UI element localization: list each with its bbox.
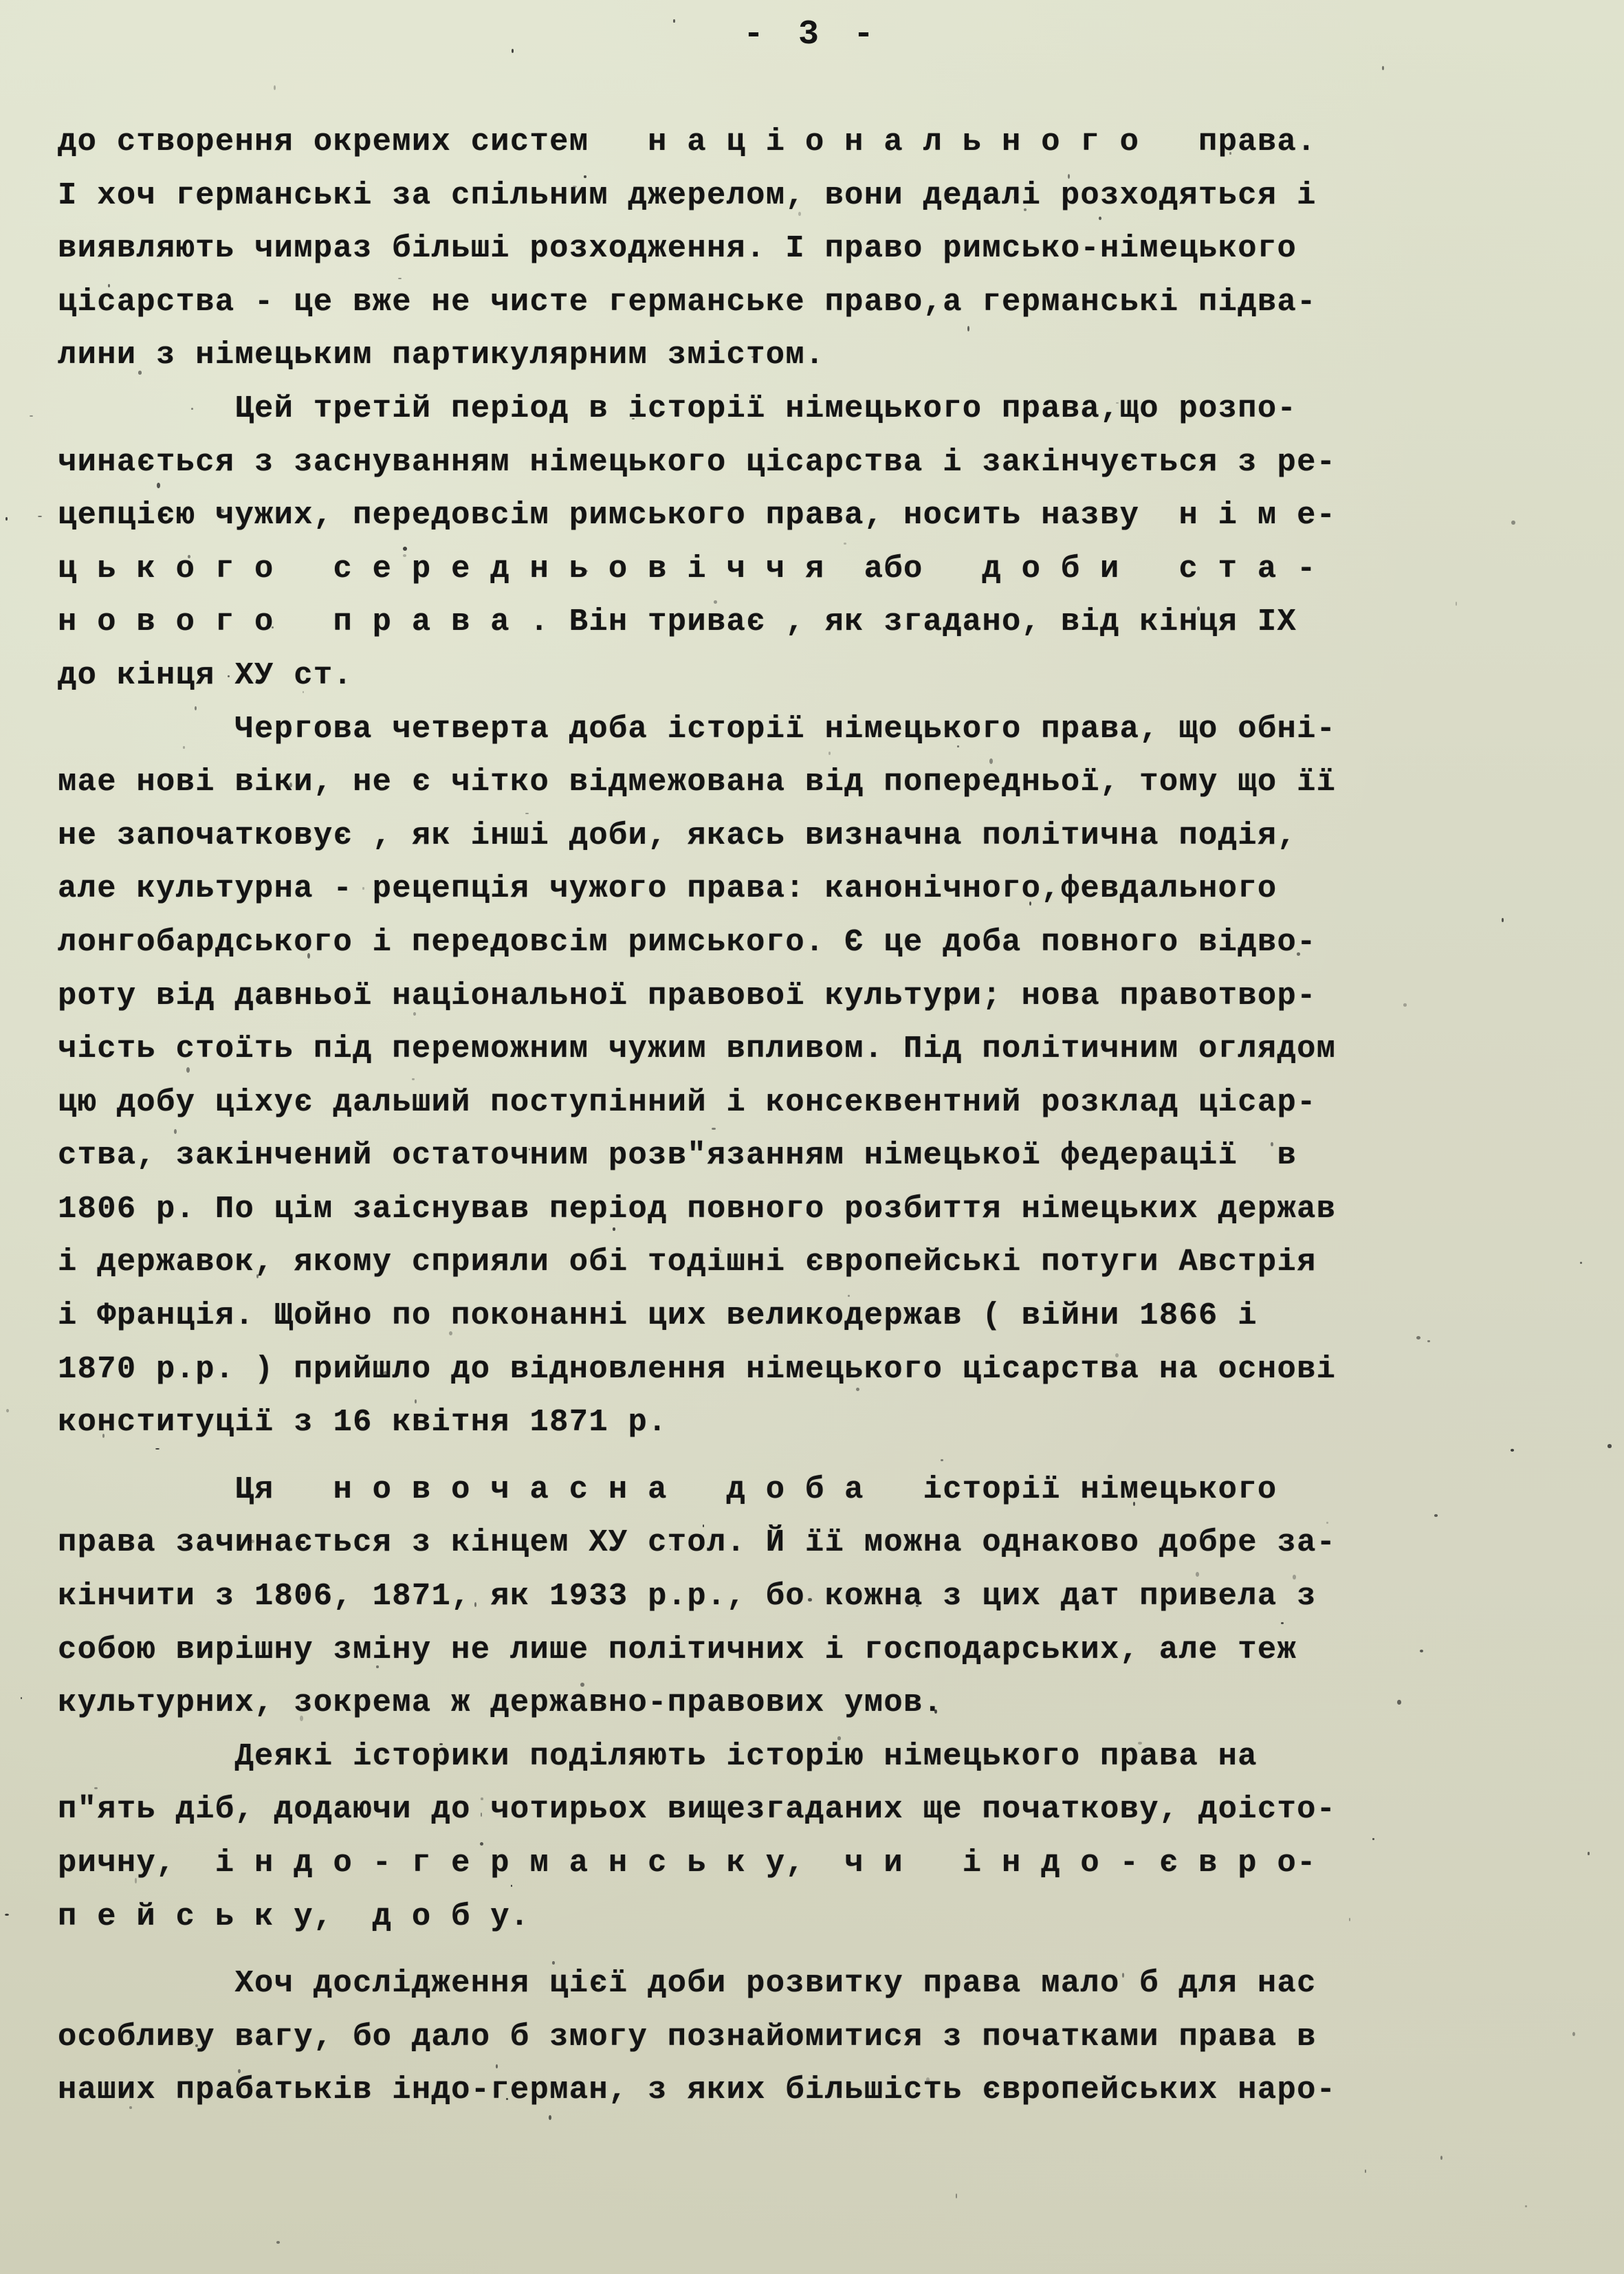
speck [808, 1598, 812, 1601]
speck [21, 1697, 22, 1699]
speck [580, 1683, 584, 1687]
speck [191, 408, 193, 410]
speck [307, 953, 310, 959]
speck [1502, 918, 1503, 923]
speck [274, 85, 276, 90]
speck [1138, 1742, 1141, 1745]
speck [84, 839, 88, 843]
speck [837, 1736, 842, 1740]
speck [956, 2194, 958, 2198]
speck [30, 415, 33, 417]
text-line: чинається з заснуванням німецького цісар… [58, 436, 1577, 490]
speck [1293, 1575, 1296, 1579]
text-line: ства, закінчений остаточним розв"язанням… [58, 1129, 1577, 1183]
paragraph-start: Чергова четверта доба історії німецького… [58, 703, 1577, 756]
speck [238, 2069, 241, 2073]
speck [300, 1716, 303, 1721]
speck [174, 1129, 177, 1134]
speck [1588, 1852, 1590, 1855]
text-line: 1806 р. По цім заіснував період повного … [58, 1183, 1577, 1236]
speck [1229, 152, 1231, 155]
text-line: ричну, і н д о - г е р м а н с ь к у, ч … [58, 1837, 1577, 1890]
speck [1326, 1522, 1328, 1524]
speck [957, 745, 959, 747]
text-line: собою вирішну зміну не лише політичних і… [58, 1623, 1577, 1677]
text-line: але культурна - рецепція чужого права: к… [58, 862, 1577, 916]
speck [474, 1602, 476, 1607]
text-line: виявляють чимраз більші розходження. І п… [58, 222, 1577, 276]
speck [934, 1709, 936, 1714]
speck [135, 1878, 137, 1883]
speck [1068, 174, 1070, 179]
text-line: н о в о г о п р а в а . Він триває , як … [58, 595, 1577, 649]
speck [1126, 458, 1128, 463]
text-line: мае нові віки, не є чітко відмежована ві… [58, 756, 1577, 809]
speck [384, 1371, 388, 1375]
speck [703, 1524, 704, 1527]
speck [129, 2106, 131, 2109]
speck [1372, 1838, 1374, 1840]
speck [6, 1409, 9, 1412]
speck [1511, 521, 1515, 525]
speck [183, 746, 185, 749]
speck [376, 1665, 378, 1668]
speck [480, 1842, 483, 1846]
text-line: 1870 р.р. ) прийшло до відновлення німец… [58, 1343, 1577, 1397]
text-line: цю добу ціхує дальший поступінний і конс… [58, 1076, 1577, 1130]
speck [108, 284, 110, 287]
paragraph-start: Хоч дослідження цієї доби розвитку права… [58, 1957, 1577, 2011]
speck [195, 706, 197, 710]
speck [549, 2115, 551, 2119]
speck [1607, 1444, 1612, 1447]
text-line: цепцією чужих, передовсім римського прав… [58, 489, 1577, 543]
speck [673, 19, 674, 23]
paragraph-start: Ця н о в о ч а с н а д о б а історії нім… [58, 1463, 1577, 1517]
speck [5, 1914, 8, 1916]
text-line: п"ять діб, додаючи до чотирьох вищезгада… [58, 1783, 1577, 1837]
speck [398, 278, 402, 279]
text-line: лини з німецьким партикулярним змістом. [58, 329, 1577, 382]
speck [439, 1743, 443, 1745]
speck [952, 1003, 953, 1006]
speck [798, 212, 801, 216]
text-line: роту від давньої національної правової к… [58, 970, 1577, 1023]
speck [102, 1434, 105, 1438]
text-line: ц ь к о г о с е р е д н ь о в і ч ч я аб… [58, 543, 1577, 596]
speck [1440, 2156, 1442, 2160]
paragraph-start: Деякі історики поділяють історію німецьк… [58, 1730, 1577, 1784]
text-line: до створення окремих систем н а ц і о н … [58, 116, 1577, 169]
paragraph-start: Цей третій період в історії німецького п… [58, 382, 1577, 436]
speck [1382, 66, 1384, 70]
speck [1416, 1336, 1420, 1340]
speck [1271, 1142, 1273, 1147]
speck [1197, 606, 1200, 611]
speck [512, 49, 514, 52]
speck [289, 783, 292, 787]
text-line: цісарства - це вже не чисте германське п… [58, 276, 1577, 329]
speck [573, 186, 577, 188]
speck [552, 1961, 554, 1965]
speck [1580, 1262, 1583, 1263]
text-line: не започатковує , як інші доби, якась ви… [58, 809, 1577, 863]
speck [481, 1797, 483, 1800]
document-body: до створення окремих систем н а ц і о н … [58, 116, 1577, 2117]
page-number: - 3 - [0, 15, 1624, 54]
speck [413, 1012, 416, 1016]
speck [1434, 1514, 1438, 1517]
text-line: і Франція. Щойно по поконанні цих велико… [58, 1289, 1577, 1343]
text-line: культурних, зокрема ж державно-правових … [58, 1676, 1577, 1730]
text-line: чість стоїть під переможним чужим впливо… [58, 1023, 1577, 1076]
speck [201, 888, 204, 891]
speck [6, 517, 8, 521]
speck [720, 1249, 721, 1253]
speck [38, 516, 42, 517]
speck [276, 2241, 280, 2244]
speck [844, 543, 846, 545]
speck [403, 547, 407, 551]
speck [941, 1459, 943, 1461]
speck [1133, 1502, 1135, 1506]
text-line: права зачинається з кінцем ХУ стол. Й її… [58, 1516, 1577, 1570]
speck [403, 554, 407, 557]
speck [157, 483, 160, 488]
speck [714, 600, 717, 604]
speck [916, 1605, 919, 1606]
speck [1365, 2169, 1366, 2174]
speck [1029, 901, 1031, 906]
speck [529, 1148, 530, 1150]
speck [1068, 1987, 1070, 1990]
speck [1297, 952, 1300, 956]
text-line: особливу вагу, бо дало б змогу познайоми… [58, 2011, 1577, 2064]
text-line: і державок, якому сприяли обі тодішні єв… [58, 1236, 1577, 1289]
speck [259, 2092, 261, 2095]
speck [412, 1078, 415, 1080]
text-line: кінчити з 1806, 1871, як 1933 р.р., бо к… [58, 1570, 1577, 1623]
text-line: І хоч германські за спільним джерелом, в… [58, 169, 1577, 223]
text-line: наших прабатьків індо-герман, з яких біл… [58, 2064, 1577, 2117]
speck [362, 887, 364, 890]
speck [613, 2097, 615, 2099]
speck [1525, 2205, 1527, 2207]
speck [926, 2077, 930, 2082]
speck [829, 752, 831, 754]
speck [585, 570, 588, 572]
text-line: лонгобардського і передовсім римського. … [58, 916, 1577, 970]
speck [989, 758, 993, 764]
speck [741, 1258, 743, 1262]
speck [1403, 1003, 1407, 1007]
speck [1427, 1340, 1430, 1342]
speck [1013, 197, 1016, 198]
text-line: до кінця ХУ ст. [58, 649, 1577, 703]
text-line: п е й с ь к у, д о б у. [58, 1890, 1577, 1944]
speck [449, 1331, 452, 1335]
speck [669, 196, 673, 201]
speck [188, 555, 190, 558]
speck [186, 1067, 190, 1073]
text-line: конституції з 16 квітня 1871 р. [58, 1396, 1577, 1450]
speck [967, 326, 969, 331]
